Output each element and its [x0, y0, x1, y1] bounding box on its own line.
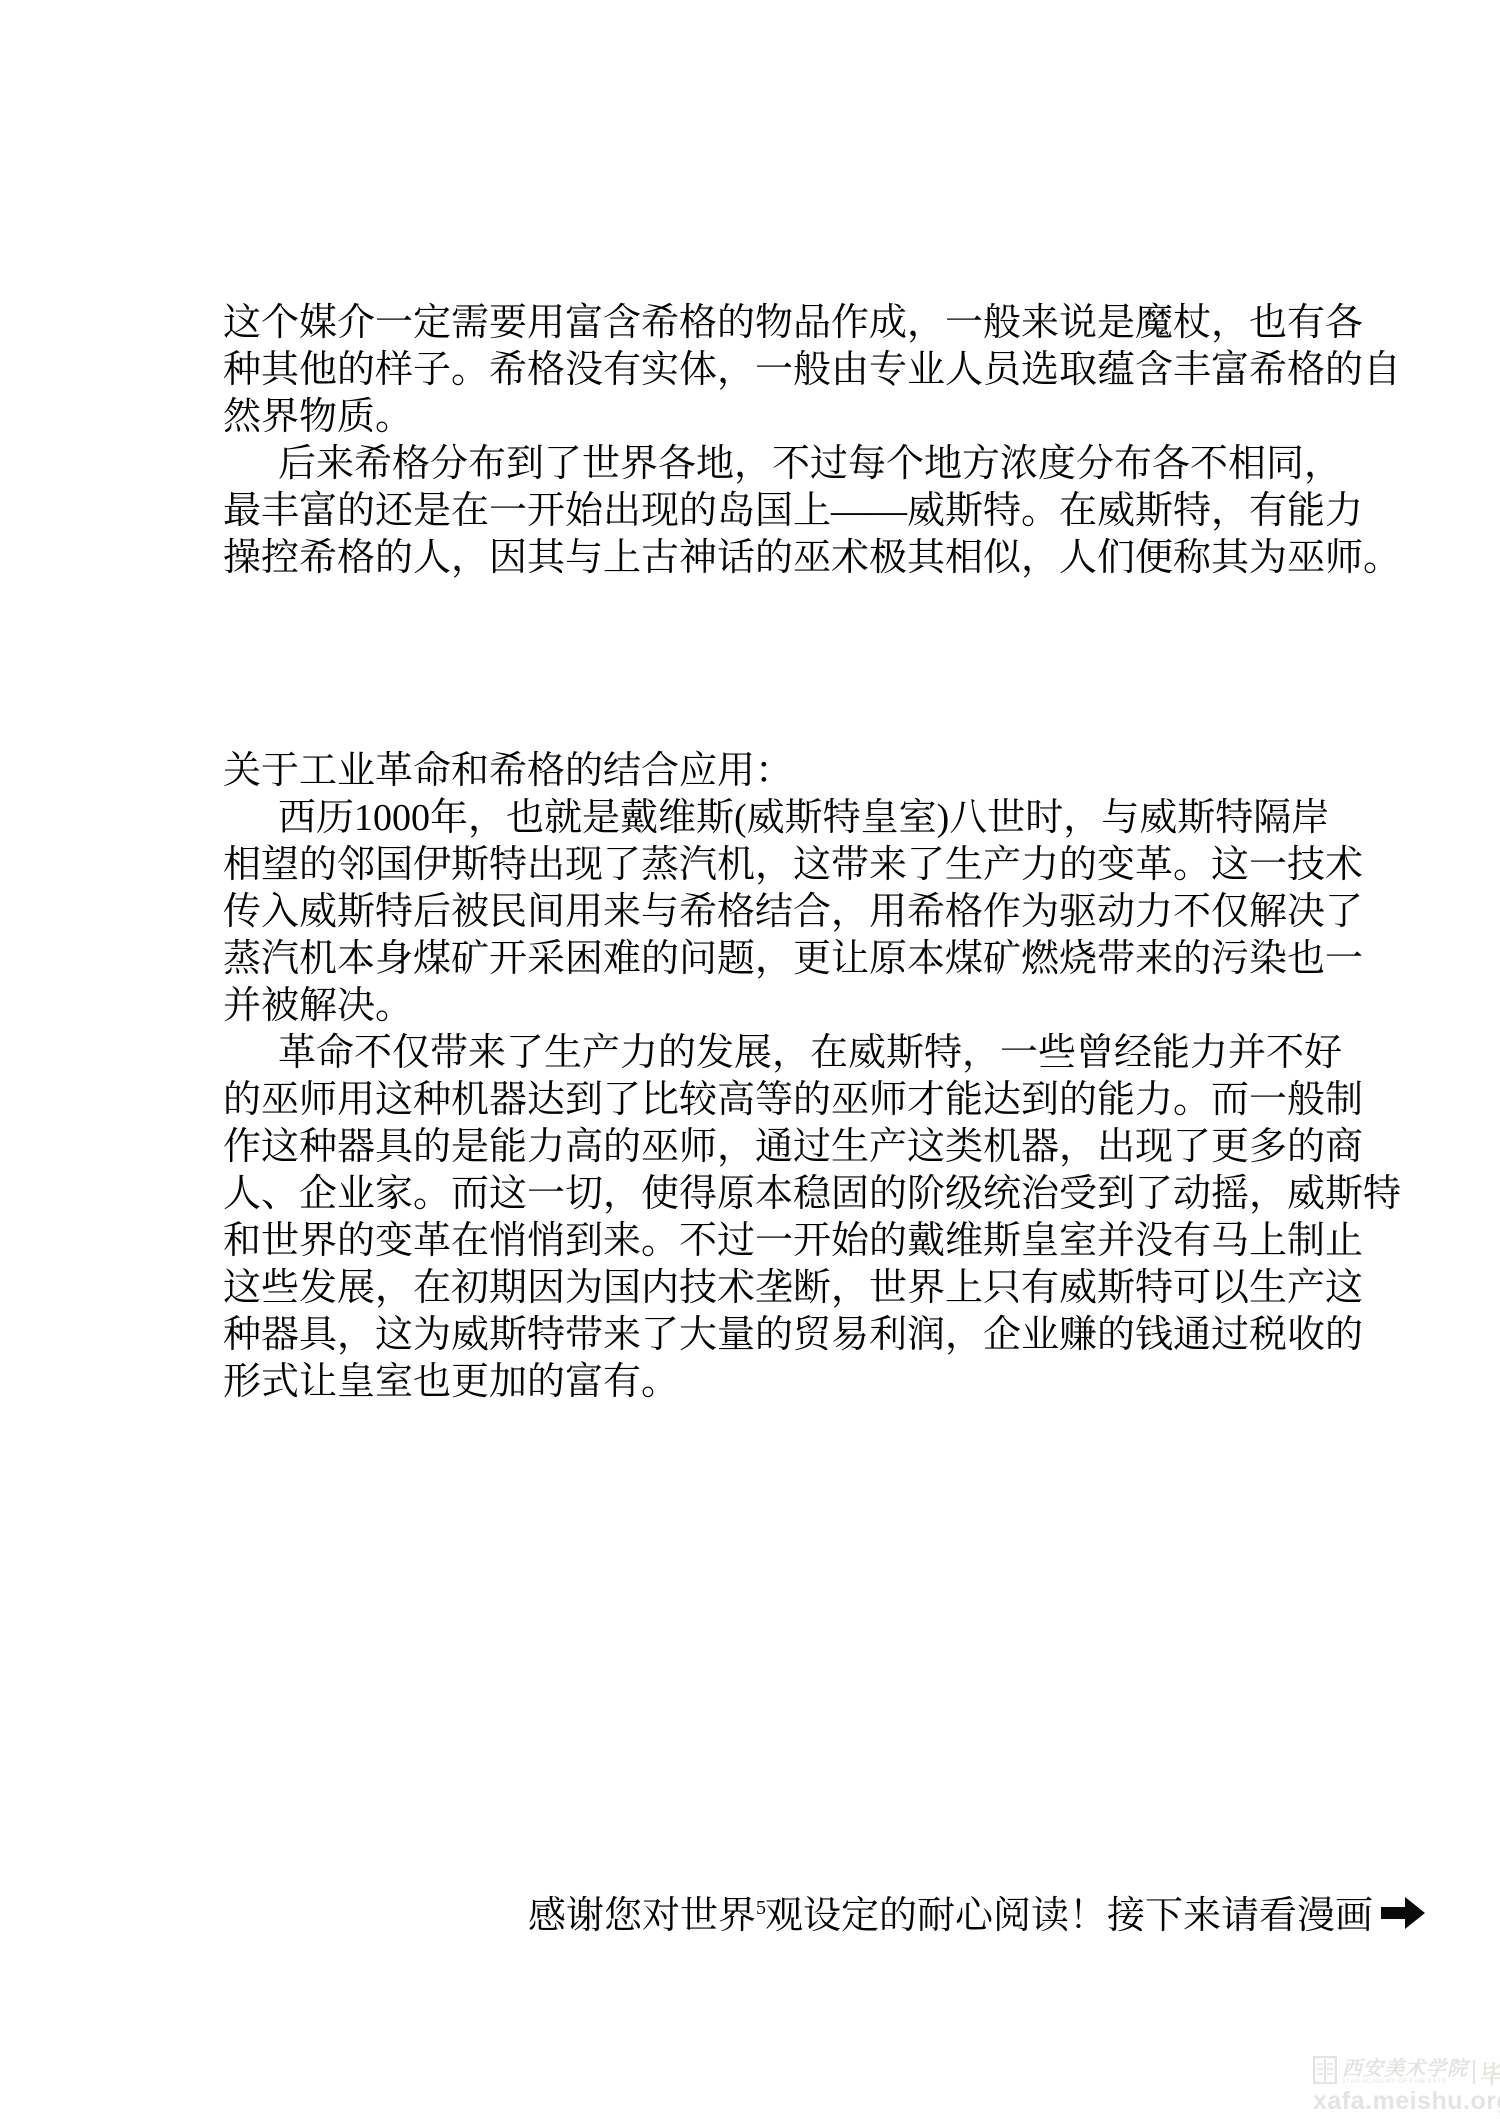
text-line: 传入威斯特后被民间用来与希格结合，用希格作为驱动力不仅解决了 [223, 889, 1383, 936]
text-line: 种器具，这为威斯特带来了大量的贸易利润，企业赚的钱通过税收的 [223, 1312, 1383, 1359]
paragraph-hig-distribution: 后来希格分布到了世界各地，不过每个地方浓度分布各不相同， 最丰富的还是在一开始出… [223, 441, 1383, 582]
intro-section: 这个媒介一定需要用富含希格的物品作成，一般来说是魔杖，也有各 种其他的样子。希格… [223, 300, 1383, 582]
text-line: 的巫师用这种机器达到了比较高等的巫师才能达到的能力。而一般制 [223, 1077, 1383, 1124]
text-line: 革命不仅带来了生产力的发展，在威斯特，一些曾经能力并不好 [223, 1030, 1383, 1077]
text-line: 蒸汽机本身煤矿开采困难的问题，更让原本煤矿燃烧带来的污染也一 [223, 936, 1383, 983]
text-line: 最丰富的还是在一开始出现的岛国上——威斯特。在威斯特，有能力 [223, 488, 1383, 535]
industrial-revolution-section: 关于工业革命和希格的结合应用： 西历1000年，也就是戴维斯(威斯特皇室)八世时… [223, 748, 1383, 1406]
academy-name-en: XI'AN ACADEMY OF FINE ARTS [1342, 2079, 1468, 2086]
text-line: 形式让皇室也更加的富有。 [223, 1359, 1383, 1406]
text-line: 种其他的样子。希格没有实体，一般由专业人员选取蕴含丰富希格的自 [223, 347, 1383, 394]
text-line: 然界物质。 [223, 394, 1383, 441]
paragraph-medium-description: 这个媒介一定需要用富含希格的物品作成，一般来说是魔杖，也有各 种其他的样子。希格… [223, 300, 1383, 441]
text-line: 和世界的变革在悄悄到来。不过一开始的戴维斯皇室并没有马上制止 [223, 1218, 1383, 1265]
academy-name-block: 西安美术学院 XI'AN ACADEMY OF FINE ARTS [1342, 2059, 1468, 2086]
footer-note-text: 感谢您对世界 [528, 1895, 756, 1937]
exhibition-label: 毕业展 [1480, 2055, 1500, 2090]
section-heading: 关于工业革命和希格的结合应用： [223, 748, 1383, 795]
watermark-url: xafa.meishu.org.cn [1313, 2088, 1500, 2114]
document-page: 这个媒介一定需要用富含希格的物品作成，一般来说是魔杖，也有各 种其他的样子。希格… [0, 0, 1500, 2122]
text-line: 西历1000年，也就是戴维斯(威斯特皇室)八世时，与威斯特隔岸 [223, 795, 1383, 842]
right-arrow-icon [1379, 1895, 1427, 1943]
footer-note: 感谢您对世界5观设定的耐心阅读！接下来请看漫画 [528, 1885, 1427, 1932]
text-line: 这些发展，在初期因为国内技术垄断，世界上只有威斯特可以生产这 [223, 1265, 1383, 1312]
watermark-top-row: 西安美术学院 XI'AN ACADEMY OF FINE ARTS 毕业展 [1313, 2056, 1500, 2088]
text-line: 相望的邻国伊斯特出现了蒸汽机，这带来了生产力的变革。这一技术 [223, 842, 1383, 889]
text-line: 人、企业家。而这一切，使得原本稳固的阶级统治受到了动摇，威斯特 [223, 1171, 1383, 1218]
footer-note-text: 观设定的耐心阅读！接下来请看漫画 [765, 1895, 1373, 1937]
paragraph-steam-engine: 西历1000年，也就是戴维斯(威斯特皇室)八世时，与威斯特隔岸 相望的邻国伊斯特… [223, 795, 1383, 1030]
text-line: 作这种器具的是能力高的巫师，通过生产这类机器，出现了更多的商 [223, 1124, 1383, 1171]
text-line: 操控希格的人，因其与上古神话的巫术极其相似，人们便称其为巫师。 [223, 535, 1383, 582]
text-line: 后来希格分布到了世界各地，不过每个地方浓度分布各不相同， [223, 441, 1383, 488]
text-line: 这个媒介一定需要用富含希格的物品作成，一般来说是魔杖，也有各 [223, 300, 1383, 347]
watermark-divider [1473, 2060, 1475, 2084]
watermark: 西安美术学院 XI'AN ACADEMY OF FINE ARTS 毕业展 xa… [1313, 2056, 1500, 2114]
academy-name: 西安美术学院 [1342, 2059, 1468, 2079]
text-line: 并被解决。 [223, 983, 1383, 1030]
paragraph-revolution-effects: 革命不仅带来了生产力的发展，在威斯特，一些曾经能力并不好 的巫师用这种机器达到了… [223, 1030, 1383, 1406]
academy-logo-icon [1313, 2056, 1337, 2089]
